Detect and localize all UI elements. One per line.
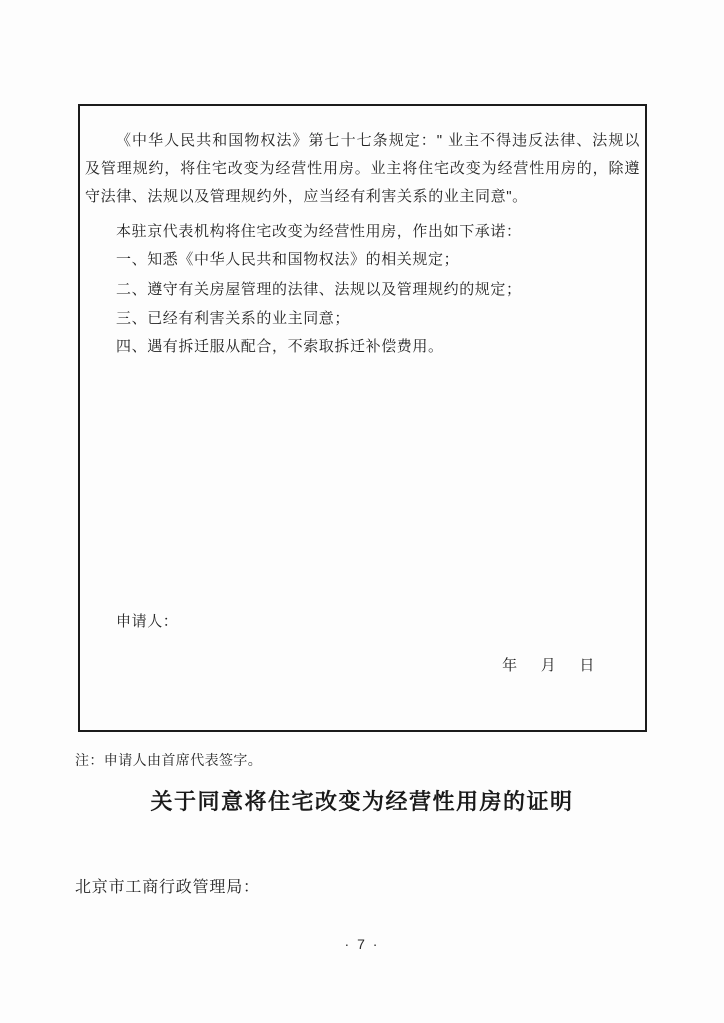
commitment-intro: 本驻京代表机构将住宅改变为经营性用房，作出如下承诺： [85,218,640,246]
page-number: · 7 · [0,935,724,953]
commitment-item-3: 三、已经有利害关系的业主同意； [116,304,640,334]
footnote: 注：申请人由首席代表签字。 [75,751,262,769]
certificate-box: 《中华人民共和国物权法》第七十七条规定：" 业主不得违反法律、法规以及管理规约，… [78,104,647,732]
commitment-item-2: 二、遵守有关房屋管理的法律、法规以及管理规约的规定； [116,275,640,305]
date-month-label: 月 [541,651,557,681]
next-section-title: 关于同意将住宅改变为经营性用房的证明 [0,786,724,818]
commitment-item-1: 一、知悉《中华人民共和国物权法》的相关规定； [116,245,640,275]
document-page: 《中华人民共和国物权法》第七十七条规定：" 业主不得违反法律、法规以及管理规约，… [0,0,724,1023]
commitment-item-4: 四、遇有拆迁服从配合，不索取拆迁补偿费用。 [116,332,640,362]
salutation: 北京市工商行政管理局： [75,878,260,898]
date-day-label: 日 [579,651,595,681]
legal-quote-paragraph: 《中华人民共和国物权法》第七十七条规定：" 业主不得违反法律、法规以及管理规约，… [85,127,640,211]
applicant-label: 申请人： [116,608,178,636]
date-year-label: 年 [502,651,518,681]
date-line: 年 月 日 [502,651,595,681]
